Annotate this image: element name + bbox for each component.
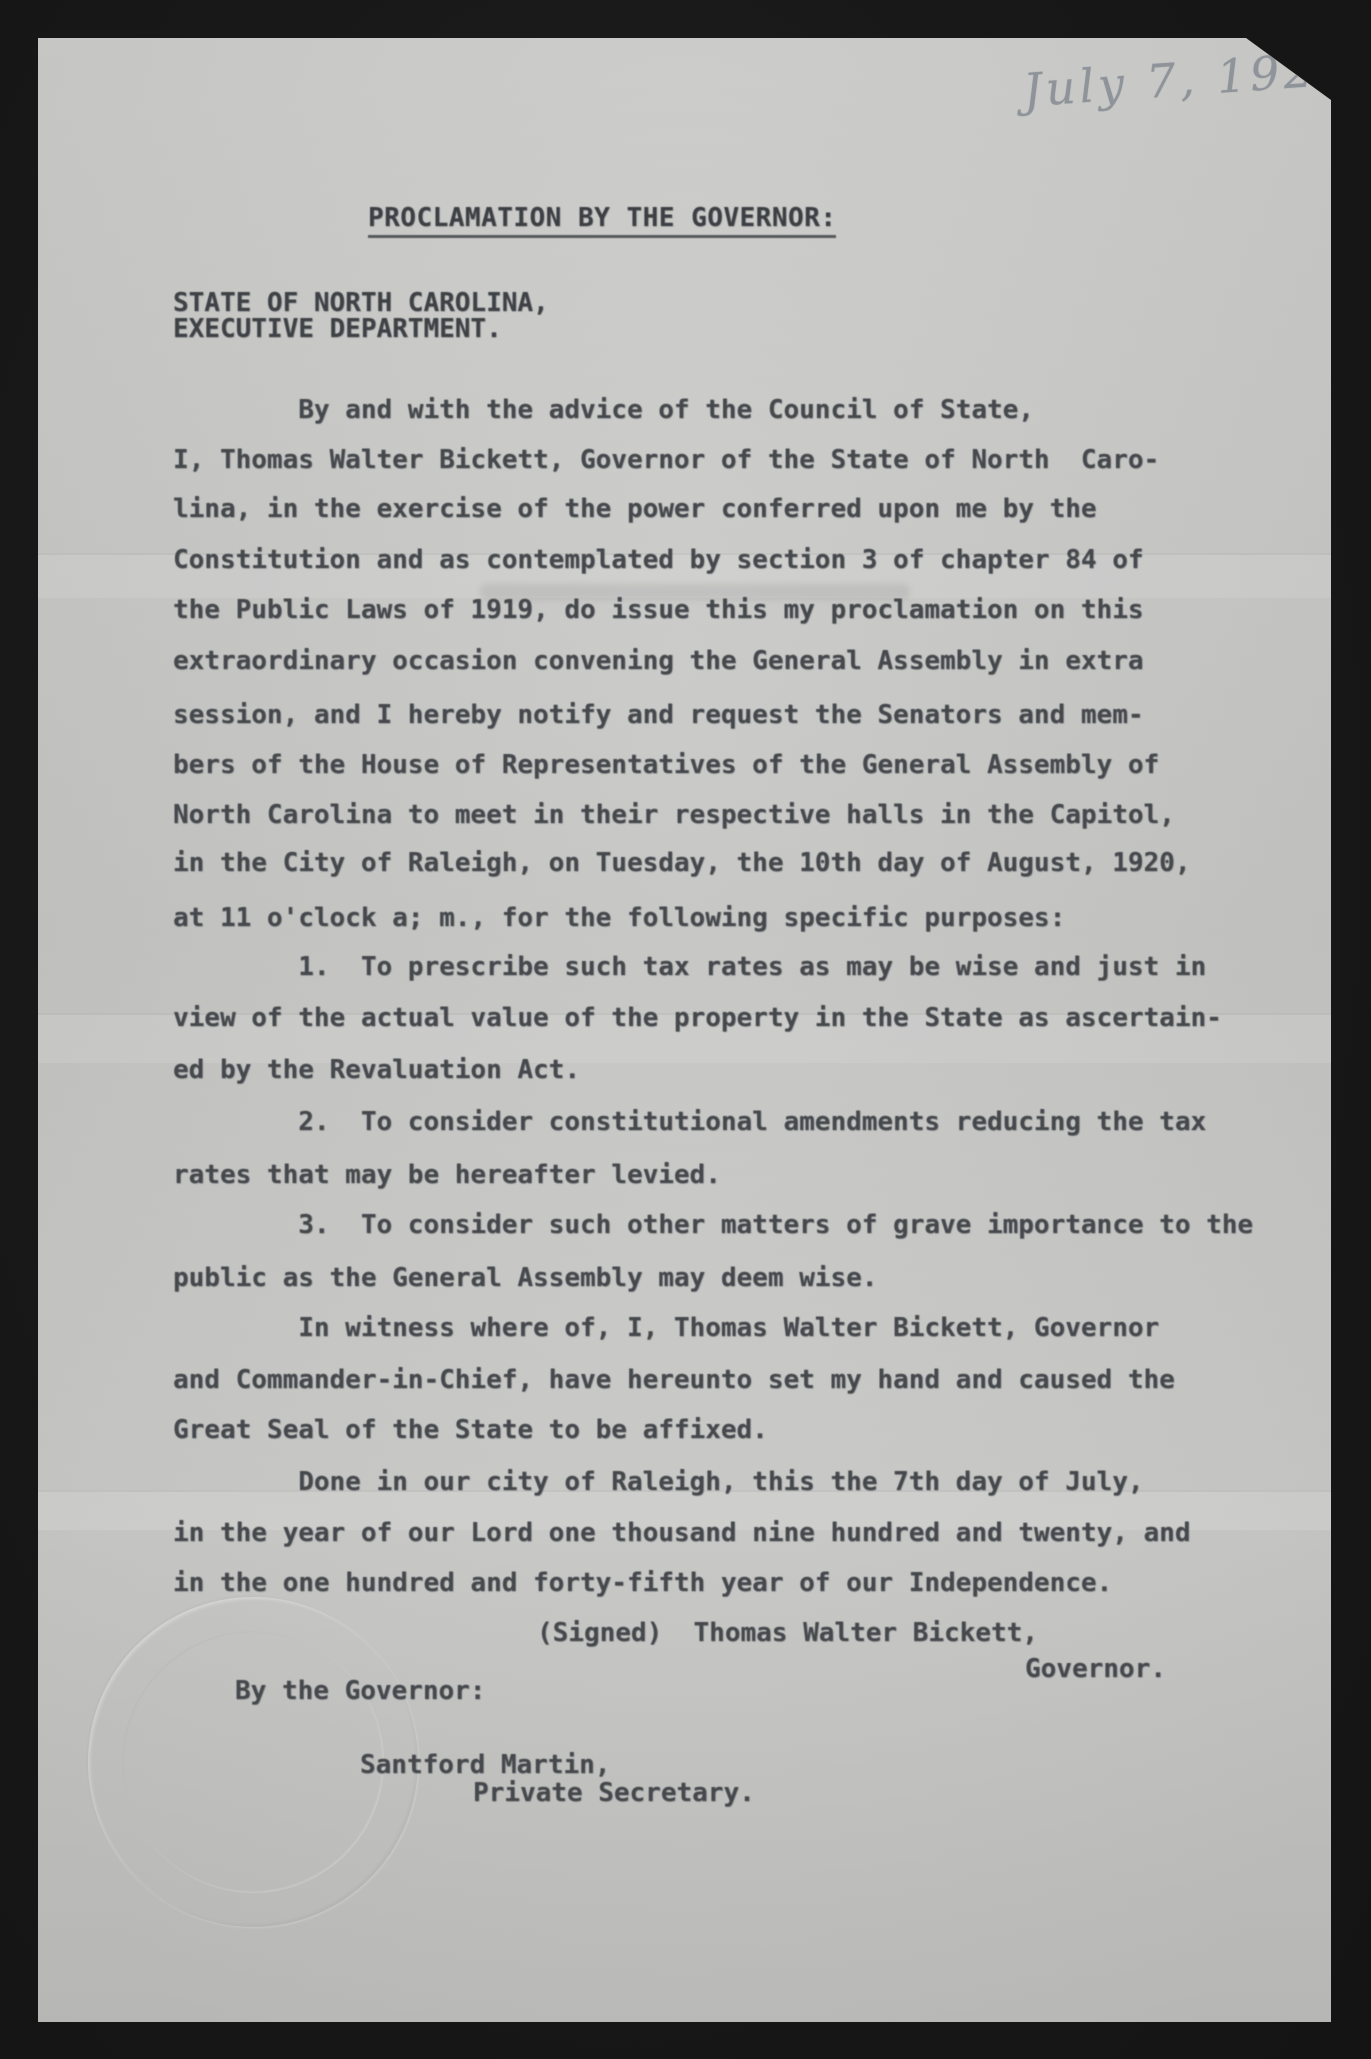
typed-line-numbered-1: 1. To prescribe such tax rates as may be… xyxy=(173,952,1206,982)
typed-line: In witness where of, I, Thomas Walter Bi… xyxy=(173,1313,1159,1343)
typed-text-layer: PROCLAMATION BY THE GOVERNOR: STATE OF N… xyxy=(38,38,1331,2022)
secretary-title: Private Secretary. xyxy=(473,1778,755,1808)
typed-line: Great Seal of the State to be affixed. xyxy=(173,1415,768,1445)
typed-line: the Public Laws of 1919, do issue this m… xyxy=(173,595,1144,625)
secretary-name: Santford Martin, xyxy=(360,1750,610,1780)
letterhead-department: EXECUTIVE DEPARTMENT. xyxy=(173,316,502,342)
signature-signed-line: (Signed) Thomas Walter Bickett, xyxy=(537,1618,1038,1648)
typed-line: in the City of Raleigh, on Tuesday, the … xyxy=(173,848,1190,878)
typed-line: North Carolina to meet in their respecti… xyxy=(173,800,1175,830)
typed-line: at 11 o'clock a; m., for the following s… xyxy=(173,903,1065,933)
typed-line: and Commander-in-Chief, have hereunto se… xyxy=(173,1365,1175,1395)
typed-line: public as the General Assembly may deem … xyxy=(173,1263,877,1293)
typed-line: ed by the Revaluation Act. xyxy=(173,1055,580,1085)
typed-line: Constitution and as contemplated by sect… xyxy=(173,545,1144,575)
document-page: July 7, 1920. PROCLAMATION BY THE GOVERN… xyxy=(38,38,1331,2022)
typed-line: I, Thomas Walter Bickett, Governor of th… xyxy=(173,445,1159,475)
scanned-document-photo: July 7, 1920. PROCLAMATION BY THE GOVERN… xyxy=(0,0,1371,2059)
typed-line: Done in our city of Raleigh, this the 7t… xyxy=(173,1467,1144,1497)
page-title: PROCLAMATION BY THE GOVERNOR: xyxy=(368,203,836,238)
attestation-line: By the Governor: xyxy=(235,1676,485,1706)
typed-line-numbered-2: 2. To consider constitutional amendments… xyxy=(173,1107,1206,1137)
signature-title: Governor. xyxy=(1025,1654,1166,1684)
typed-line-numbered-3: 3. To consider such other matters of gra… xyxy=(173,1210,1253,1240)
letterhead-state: STATE OF NORTH CAROLINA, xyxy=(173,290,549,316)
typed-line: session, and I hereby notify and request… xyxy=(173,700,1144,730)
typed-line: By and with the advice of the Council of… xyxy=(173,395,1034,425)
typed-line: lina, in the exercise of the power confe… xyxy=(173,494,1097,524)
typed-line: view of the actual value of the property… xyxy=(173,1003,1222,1033)
typed-line: in the one hundred and forty-fifth year … xyxy=(173,1568,1112,1598)
typed-line: in the year of our Lord one thousand nin… xyxy=(173,1518,1190,1548)
typed-line: extraordinary occasion convening the Gen… xyxy=(173,646,1144,676)
typed-line: bers of the House of Representatives of … xyxy=(173,750,1159,780)
typed-line: rates that may be hereafter levied. xyxy=(173,1160,721,1190)
